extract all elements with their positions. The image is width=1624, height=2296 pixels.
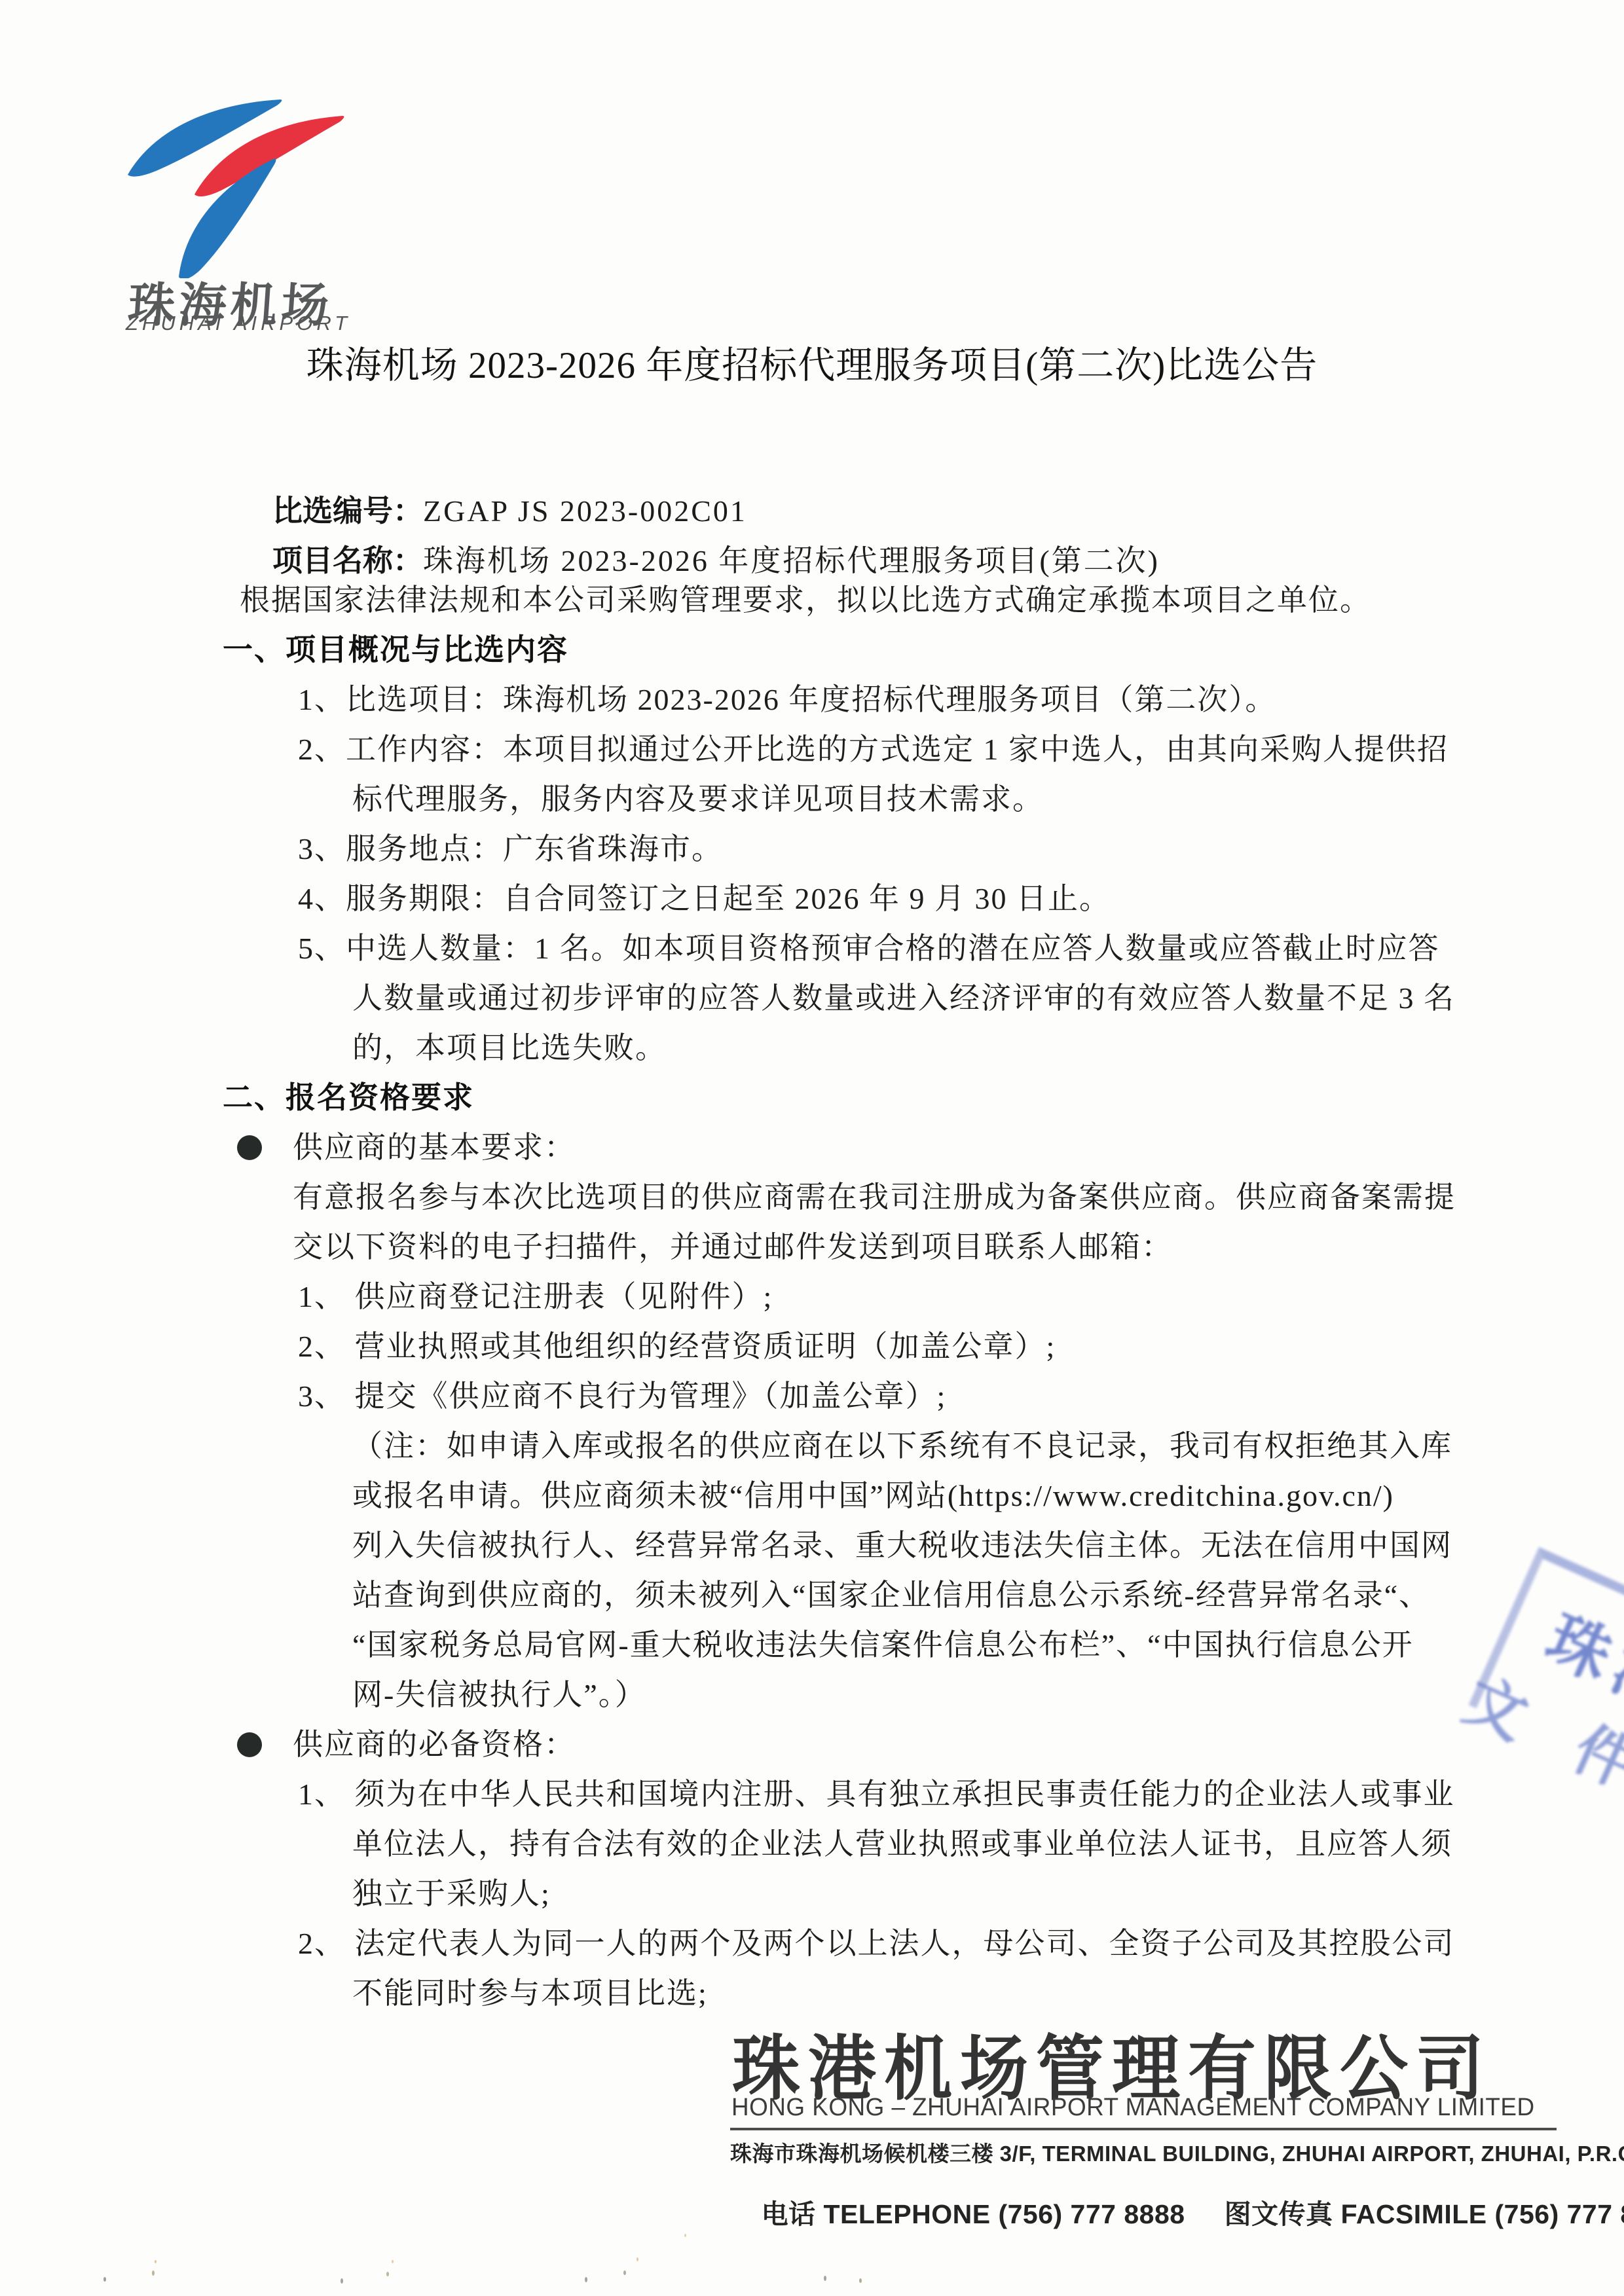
scan-speckle: [585, 2277, 587, 2282]
body-line: 3、服务地点：广东省珠海市。: [298, 824, 723, 874]
bullet-label: 供应商的基本要求：: [293, 1123, 576, 1173]
footer-contact-line: 电话 TELEPHONE (756) 777 8888图文传真 FACSIMIL…: [730, 2162, 1608, 2262]
body-line: 列入失信被执行人、经营异常名录、重大税收违法失信主体。无法在信用中国网: [352, 1521, 1452, 1571]
body-line: 站查询到供应商的，须未被列入“国家企业信用信息公示系统-经营异常名录“、: [352, 1571, 1430, 1620]
logo-wordmark-en: ZHUHAI AIRPORT: [126, 312, 519, 335]
section-heading: 二、报名资格要求: [223, 1073, 474, 1123]
body-line: 或报名申请。供应商须未被“信用中国”网站(https://www.creditc…: [352, 1471, 1394, 1521]
scan-speckle: [152, 2270, 155, 2276]
body-line: 4、服务期限：自合同签订之日起至 2026 年 9 月 30 日止。: [298, 874, 1111, 924]
body-line: 网-失信被执行人”。）: [352, 1670, 646, 1720]
body-line: 1、 须为在中华人民共和国境内注册、具有独立承担民事责任能力的企业法人或事业: [298, 1770, 1455, 1819]
footer-telephone: 电话 TELEPHONE (756) 777 8888: [762, 2199, 1185, 2229]
body-line: 的，本项目比选失败。: [352, 1023, 667, 1073]
body-line: 1、 供应商登记注册表（见附件）;: [298, 1272, 773, 1322]
airport-logo-swoosh-icon: [121, 82, 347, 278]
scan-speckle: [824, 2276, 826, 2281]
body-line: 标代理服务，服务内容及要求详见项目技术需求。: [352, 774, 1044, 824]
body-line: 独立于采购人;: [352, 1869, 551, 1919]
document-page: 珠海机场 ZHUHAI AIRPORT 珠海机场 2023-2026 年度招标代…: [0, 0, 1624, 2296]
body-line: 不能同时参与本项目比选;: [352, 1969, 708, 2018]
bullet-icon: [237, 1732, 262, 1757]
document-title: 珠海机场 2023-2026 年度招标代理服务项目(第二次)比选公告: [0, 335, 1624, 389]
scan-speckle: [623, 2270, 626, 2275]
footer-divider: [730, 2128, 1557, 2130]
body-line: 交以下资料的电子扫描件，并通过邮件发送到项目联系人邮箱：: [293, 1222, 1173, 1272]
scan-speckle: [341, 2278, 343, 2284]
body-line: 有意报名参与本次比选项目的供应商需在我司注册成为备案供应商。供应商备案需提: [293, 1173, 1456, 1222]
scan-speckle: [155, 2260, 157, 2263]
body-line: 5、中选人数量：1 名。如本项目资格预审合格的潜在应答人数量或应答截止时应答: [298, 924, 1440, 974]
body-line: 2、 营业执照或其他组织的经营资质证明（加盖公章）;: [298, 1322, 1056, 1372]
scan-speckle: [103, 2277, 106, 2282]
scan-speckle: [859, 2278, 862, 2283]
approval-stamp: 珠海市 文件: [1469, 1547, 1624, 1823]
body-line: “国家税务总局官网-重大税收违法失信案件信息公布栏”、“中国执行信息公开: [352, 1620, 1414, 1670]
body-line: 3、 提交《供应商不良行为管理》（加盖公章）;: [298, 1372, 946, 1421]
body-line: 2、工作内容：本项目拟通过公开比选的方式选定 1 家中选人，由其向采购人提供招: [298, 725, 1449, 774]
bullet-label: 供应商的必备资格：: [293, 1720, 576, 1770]
bullet-icon: [237, 1135, 262, 1160]
body-line: 人数量或通过初步评审的应答人数量或进入经济评审的有效应答人数量不足 3 名: [352, 974, 1455, 1023]
footer-company-name-en: HONG KONG – ZHUHAI AIRPORT MANAGEMENT CO…: [731, 2094, 1576, 2122]
scan-speckle: [637, 2257, 638, 2261]
scan-speckle: [386, 2272, 389, 2276]
project-name-value: 珠海机场 2023-2026 年度招标代理服务项目(第二次): [423, 544, 1160, 577]
body-line: 2、 法定代表人为同一人的两个及两个以上法人，母公司、全资子公司及其控股公司: [298, 1919, 1455, 1969]
body-line: 根据国家法律法规和本公司采购管理要求，拟以比选方式确定承揽本项目之单位。: [240, 575, 1371, 625]
body-line: （注：如申请入库或报名的供应商在以下系统有不良记录，我司有权拒绝其入库: [352, 1421, 1452, 1471]
scan-speckle: [392, 2260, 394, 2263]
body-line: 1、比选项目：珠海机场 2023-2026 年度招标代理服务项目（第二次）。: [298, 675, 1276, 725]
scan-speckle: [684, 2234, 686, 2237]
section-heading: 一、项目概况与比选内容: [223, 625, 568, 675]
footer-facsimile: 图文传真 FACSIMILE (756) 777 8325: [1225, 2199, 1624, 2229]
body-line: 单位法人，持有合法有效的企业法人营业执照或事业单位法人证书，且应答人须: [352, 1819, 1452, 1869]
project-name-label: 项目名称：: [272, 544, 423, 577]
